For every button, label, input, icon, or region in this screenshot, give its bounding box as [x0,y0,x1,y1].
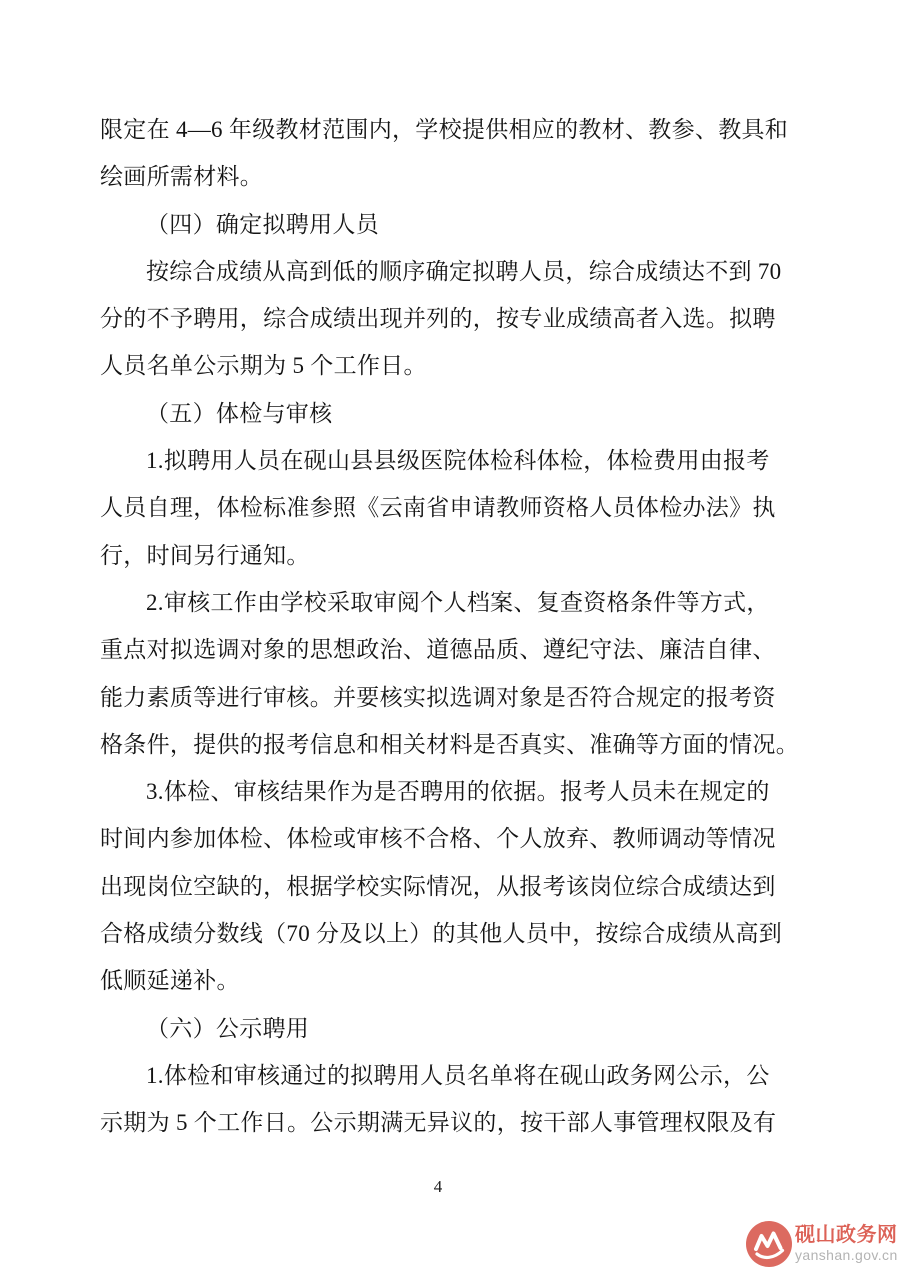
text-line: 1.拟聘用人员在砚山县县级医院体检科体检，体检费用由报考 [100,437,806,484]
text-line: 低顺延递补。 [100,957,806,1004]
text-line: 按综合成绩从高到低的顺序确定拟聘人员，综合成绩达不到 70 [100,248,806,295]
yanshan-logo-icon [746,1221,792,1267]
text-line: 行，时间另行通知。 [100,532,806,579]
text-line: 时间内参加体检、体检或审核不合格、个人放弃、教师调动等情况 [100,815,806,862]
text-line: 能力素质等进行审核。并要核实拟选调对象是否符合规定的报考资 [100,674,806,721]
text-line: 示期为 5 个工作日。公示期满无异议的，按干部人事管理权限及有 [100,1099,806,1146]
text-line: 3.体检、审核结果作为是否聘用的依据。报考人员未在规定的 [100,768,806,815]
text-line: 格条件，提供的报考信息和相关材料是否真实、准确等方面的情况。 [100,721,806,768]
page-number: 4 [0,1177,876,1197]
watermark-site-name: 砚山政务网 [795,1224,898,1247]
text-line: 人员名单公示期为 5 个工作日。 [100,342,806,389]
text-line: 出现岗位空缺的，根据学校实际情况，从报考该岗位综合成绩达到 [100,863,806,910]
text-line: 限定在 4—6 年级教材范围内，学校提供相应的教材、教参、教具和 [100,106,806,153]
section-heading: （五）体检与审核 [100,390,806,437]
section-heading: （六）公示聘用 [100,1005,806,1052]
text-line: 绘画所需材料。 [100,153,806,200]
text-line: 合格成绩分数线（70 分及以上）的其他人员中，按综合成绩从高到 [100,910,806,957]
watermark-site-url: yanshan.gov.cn [795,1248,898,1263]
section-heading: （四）确定拟聘用人员 [100,201,806,248]
watermark-text: 砚山政务网 yanshan.gov.cn [795,1224,898,1263]
text-line: 2.审核工作由学校采取审阅个人档案、复查资格条件等方式， [100,579,806,626]
text-line: 分的不予聘用，综合成绩出现并列的，按专业成绩高者入选。拟聘 [100,295,806,342]
text-line: 人员自理，体检标准参照《云南省申请教师资格人员体检办法》执 [100,484,806,531]
document-body: 限定在 4—6 年级教材范围内，学校提供相应的教材、教参、教具和 绘画所需材料。… [100,106,806,1147]
text-line: 重点对拟选调对象的思想政治、道德品质、遵纪守法、廉洁自律、 [100,626,806,673]
text-line: 1.体检和审核通过的拟聘用人员名单将在砚山政务网公示，公 [100,1052,806,1099]
site-watermark: 砚山政务网 yanshan.gov.cn [746,1221,898,1267]
document-page: 限定在 4—6 年级教材范围内，学校提供相应的教材、教参、教具和 绘画所需材料。… [0,0,900,1273]
